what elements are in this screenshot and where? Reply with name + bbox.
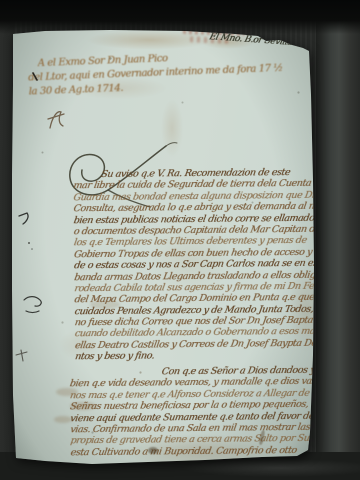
bleedthrough-mark [56, 388, 78, 396]
bleedthrough-mark [70, 402, 96, 410]
paper-specks [0, 0, 1, 1]
paper-sheet-wrap: El Mno. B.or Sevilla A el Exmo Sor Dn Ju… [0, 0, 360, 480]
paper-sheet: El Mno. B.or Sevilla A el Exmo Sor Dn Ju… [0, 0, 360, 480]
manuscript-photo: El Mno. B.or Sevilla A el Exmo Sor Dn Ju… [0, 0, 360, 480]
margin-ink-marks [0, 0, 360, 480]
ink-smudge [148, 447, 158, 454]
bleedthrough-mark [90, 300, 120, 309]
bleedthrough-mark [54, 416, 72, 423]
